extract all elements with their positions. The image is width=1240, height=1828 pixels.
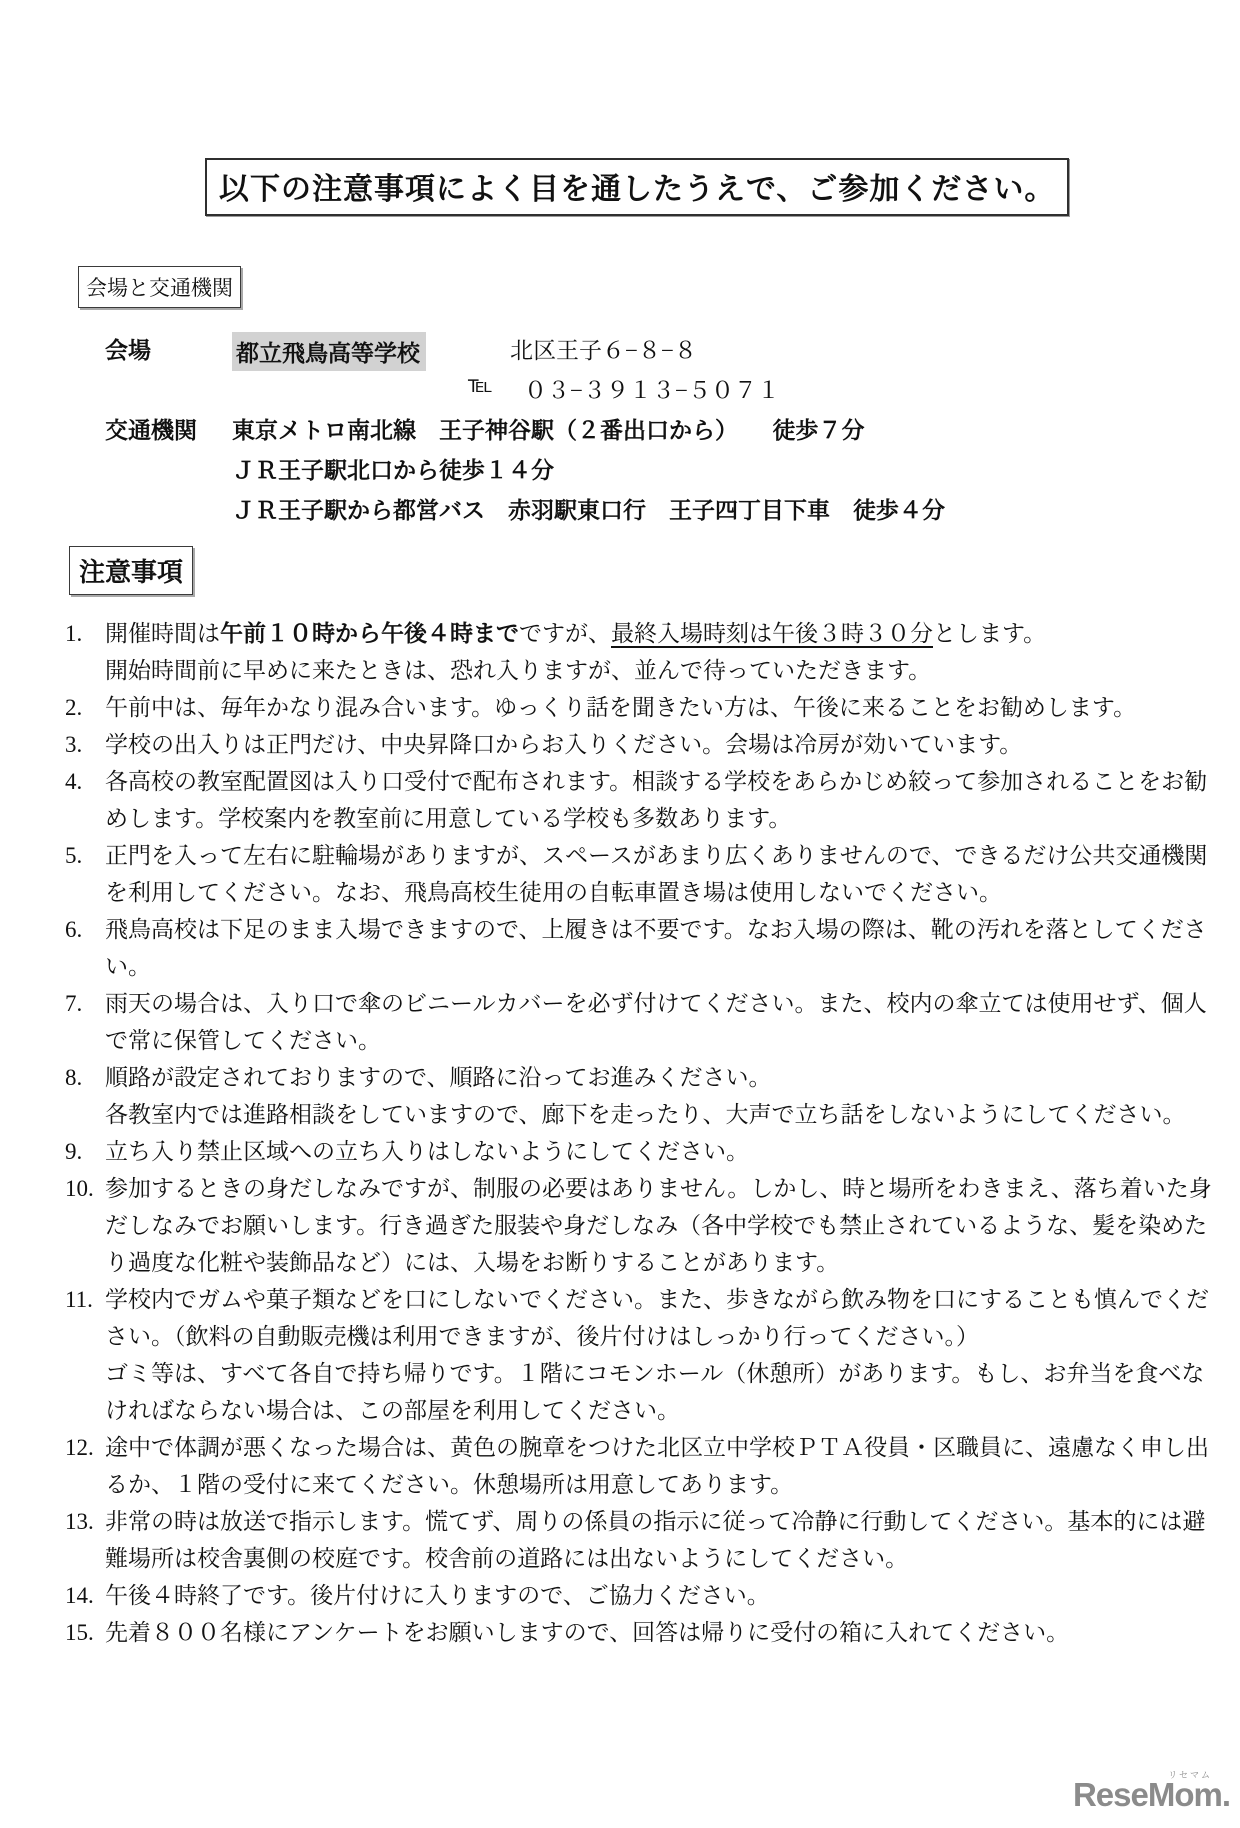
transport-row: 交通機関 東京メトロ南北線 王子神谷駅（２番出口から） 徒歩７分 [0,412,1240,452]
note-item-number: 11. [65,1281,105,1429]
note-item-text: 飛鳥高校は下足のまま入場できますので、上履きは不要です。なお入場の際は、靴の汚れ… [105,911,1213,985]
transport-line-jr-bus: ＪＲ王子駅から都営バス 赤羽駅東口行 王子四丁目下車 徒歩４分 [232,492,945,525]
note-paragraph: 飛鳥高校は下足のまま入場できますので、上履きは不要です。なお入場の際は、靴の汚れ… [105,911,1213,985]
note-paragraph: 各高校の教室配置図は入り口受付で配布されます。相談する学校をあらかじめ絞って参加… [105,763,1213,837]
note-item-text: 開催時間は午前１０時から午後４時までですが、最終入場時刻は午後３時３０分とします… [105,615,1213,689]
note-item-13: 13. 非常の時は放送で指示します。慌てず、周りの係員の指示に従って冷静に行動し… [65,1503,1213,1577]
note-item-text: 正門を入って左右に駐輪場がありますが、スペースがあまり広くありませんので、できる… [105,837,1213,911]
text-segment: とします。 [933,621,1046,646]
note-item-text: 先着８００名様にアンケートをお願いしますので、回答は帰りに受付の箱に入れてくださ… [105,1614,1213,1651]
tel-number: ０３−３９１３−５０７１ [524,372,780,405]
tel-row: ℡ ０３−３９１３−５０７１ [0,372,1240,412]
note-item-8: 8. 順路が設定されておりますので、順路に沿ってお進みください。 各教室内では進… [65,1059,1213,1133]
tel-icon: ℡ [468,372,493,398]
resemom-watermark-logo: リセマム ReseMom. [1073,1776,1230,1814]
note-item-number: 15. [65,1614,105,1651]
note-paragraph: 午後４時終了です。後片付けに入りますので、ご協力ください。 [105,1577,1213,1614]
text-segment: 開催時間は [105,621,220,646]
note-item-number: 8. [65,1059,105,1133]
note-item-text: 途中で体調が悪くなった場合は、黄色の腕章をつけた北区立中学校ＰＴＡ役員・区職員に… [105,1429,1213,1503]
note-item-number: 6. [65,911,105,985]
note-item-number: 3. [65,726,105,763]
transport-row: ＪＲ王子駅から都営バス 赤羽駅東口行 王子四丁目下車 徒歩４分 [0,492,1240,532]
note-paragraph: 学校内でガムや菓子類などを口にしないでください。また、歩きながら飲み物を口にする… [105,1281,1213,1355]
note-item-1: 1. 開催時間は午前１０時から午後４時までですが、最終入場時刻は午後３時３０分と… [65,615,1213,689]
document-page: { "page": { "title": "以下の注意事項によく目を通したうえで… [0,0,1240,1828]
page-title: 以下の注意事項によく目を通したうえで、ご参加ください。 [205,158,1069,216]
note-item-text: 雨天の場合は、入り口で傘のビニールカバーを必ず付けてください。また、校内の傘立て… [105,985,1213,1059]
note-item-text: 順路が設定されておりますので、順路に沿ってお進みください。 各教室内では進路相談… [105,1059,1213,1133]
note-paragraph: 参加するときの身だしなみですが、制服の必要はありません。しかし、時と場所をわきま… [105,1170,1213,1281]
note-item-text: 非常の時は放送で指示します。慌てず、周りの係員の指示に従って冷静に行動してくださ… [105,1503,1213,1577]
venue-info: 会場 都立飛鳥高等学校 北区王子６−８−８ ℡ ０３−３９１３−５０７１ 交通機… [0,332,1240,532]
transport-label: 交通機関 [105,412,197,445]
note-item-number: 1. [65,615,105,689]
note-item-6: 6. 飛鳥高校は下足のまま入場できますので、上履きは不要です。なお入場の際は、靴… [65,911,1213,985]
note-paragraph: 先着８００名様にアンケートをお願いしますので、回答は帰りに受付の箱に入れてくださ… [105,1614,1213,1651]
note-paragraph: 立ち入り禁止区域への立ち入りはしないようにしてください。 [105,1133,1213,1170]
note-item-5: 5. 正門を入って左右に駐輪場がありますが、スペースがあまり広くありませんので、… [65,837,1213,911]
venue-section-heading: 会場と交通機関 [78,266,241,308]
note-paragraph: 開始時間前に早めに来たときは、恐れ入りますが、並んで待っていただきます。 [105,652,1213,689]
note-paragraph: 学校の出入りは正門だけ、中央昇降口からお入りください。会場は冷房が効いています。 [105,726,1213,763]
note-item-7: 7. 雨天の場合は、入り口で傘のビニールカバーを必ず付けてください。また、校内の… [65,985,1213,1059]
note-item-14: 14. 午後４時終了です。後片付けに入りますので、ご協力ください。 [65,1577,1213,1614]
note-item-11: 11. 学校内でガムや菓子類などを口にしないでください。また、歩きながら飲み物を… [65,1281,1213,1429]
note-item-number: 13. [65,1503,105,1577]
note-item-12: 12. 途中で体調が悪くなった場合は、黄色の腕章をつけた北区立中学校ＰＴＡ役員・… [65,1429,1213,1503]
note-item-number: 14. [65,1577,105,1614]
note-item-9: 9. 立ち入り禁止区域への立ち入りはしないようにしてください。 [65,1133,1213,1170]
note-paragraph: 開催時間は午前１０時から午後４時までですが、最終入場時刻は午後３時３０分とします… [105,615,1213,652]
note-paragraph: 途中で体調が悪くなった場合は、黄色の腕章をつけた北区立中学校ＰＴＡ役員・区職員に… [105,1429,1213,1503]
note-item-number: 7. [65,985,105,1059]
note-paragraph: 順路が設定されておりますので、順路に沿ってお進みください。 [105,1059,1213,1096]
note-item-text: 学校内でガムや菓子類などを口にしないでください。また、歩きながら飲み物を口にする… [105,1281,1213,1429]
note-item-4: 4. 各高校の教室配置図は入り口受付で配布されます。相談する学校をあらかじめ絞っ… [65,763,1213,837]
note-item-10: 10. 参加するときの身だしなみですが、制服の必要はありません。しかし、時と場所… [65,1170,1213,1281]
note-item-number: 2. [65,689,105,726]
note-item-text: 立ち入り禁止区域への立ち入りはしないようにしてください。 [105,1133,1213,1170]
note-item-text: 午前中は、毎年かなり混み合います。ゆっくり話を聞きたい方は、午後に来ることをお勧… [105,689,1213,726]
note-item-number: 5. [65,837,105,911]
notes-section-heading: 注意事項 [69,546,193,595]
note-item-text: 学校の出入りは正門だけ、中央昇降口からお入りください。会場は冷房が効いています。 [105,726,1213,763]
note-item-number: 4. [65,763,105,837]
note-paragraph: 各教室内では進路相談をしていますので、廊下を走ったり、大声で立ち話をしないように… [105,1096,1213,1133]
note-item-number: 9. [65,1133,105,1170]
note-paragraph: 非常の時は放送で指示します。慌てず、周りの係員の指示に従って冷静に行動してくださ… [105,1503,1213,1577]
venue-address: 北区王子６−８−８ [510,332,697,365]
note-item-15: 15. 先着８００名様にアンケートをお願いしますので、回答は帰りに受付の箱に入れ… [65,1614,1213,1651]
note-paragraph: 正門を入って左右に駐輪場がありますが、スペースがあまり広くありませんので、できる… [105,837,1213,911]
note-item-text: 参加するときの身だしなみですが、制服の必要はありません。しかし、時と場所をわきま… [105,1170,1213,1281]
watermark-ruby-text: リセマム [1168,1768,1212,1781]
note-item-text: 午後４時終了です。後片付けに入りますので、ご協力ください。 [105,1577,1213,1614]
watermark-text: ReseMom. [1073,1776,1230,1813]
note-item-2: 2. 午前中は、毎年かなり混み合います。ゆっくり話を聞きたい方は、午後に来ること… [65,689,1213,726]
transport-line-jr-walk: ＪＲ王子駅北口から徒歩１４分 [232,452,554,485]
note-item-number: 10. [65,1170,105,1281]
note-item-text: 各高校の教室配置図は入り口受付で配布されます。相談する学校をあらかじめ絞って参加… [105,763,1213,837]
notes-list: 1. 開催時間は午前１０時から午後４時までですが、最終入場時刻は午後３時３０分と… [65,615,1213,1651]
note-paragraph: 午前中は、毎年かなり混み合います。ゆっくり話を聞きたい方は、午後に来ることをお勧… [105,689,1213,726]
transport-row: ＪＲ王子駅北口から徒歩１４分 [0,452,1240,492]
note-paragraph: 雨天の場合は、入り口で傘のビニールカバーを必ず付けてください。また、校内の傘立て… [105,985,1213,1059]
note-paragraph: ゴミ等は、すべて各自で持ち帰りです。１階にコモンホール（休憩所）があります。もし… [105,1355,1213,1429]
transport-line-metro: 東京メトロ南北線 王子神谷駅（２番出口から） 徒歩７分 [232,412,865,445]
text-segment-underlined: 最終入場時刻は午後３時３０分 [611,621,933,646]
venue-label: 会場 [105,332,151,365]
note-item-number: 12. [65,1429,105,1503]
venue-row: 会場 都立飛鳥高等学校 北区王子６−８−８ [0,332,1240,372]
note-item-3: 3. 学校の出入りは正門だけ、中央昇降口からお入りください。会場は冷房が効いてい… [65,726,1213,763]
venue-name-highlighted: 都立飛鳥高等学校 [232,332,426,371]
text-segment: ですが、 [519,621,611,646]
text-segment-bold: 午前１０時から午後４時まで [220,620,519,646]
